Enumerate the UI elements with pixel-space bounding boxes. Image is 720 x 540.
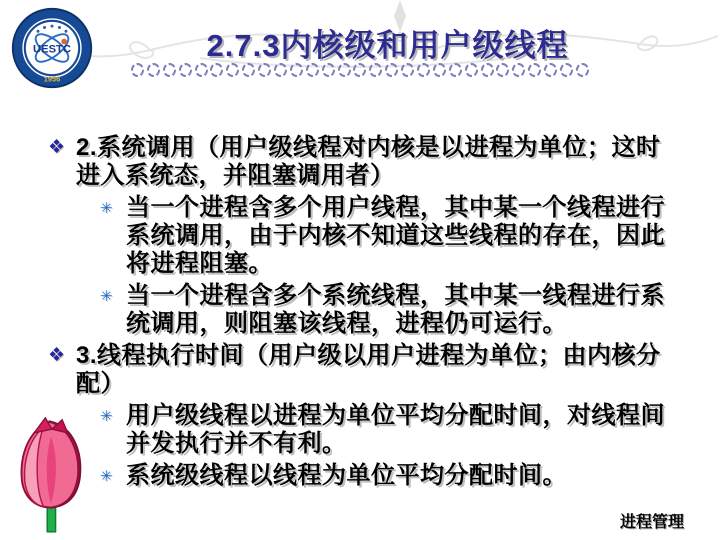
bullet-text: 2.系统调用（用户级线程对内核是以进程为单位；这时 进入系统态，并阻塞调用者） [76, 134, 661, 190]
slide-title: 2.7.3内核级和用户级线程 [110, 20, 665, 65]
bullet-item-4: ❖ 3.线程执行时间（用户级以用户进程为单位；由内核分 配） [48, 342, 702, 398]
ring-icon [195, 63, 208, 77]
ring-icon [322, 63, 335, 77]
bullet-item-5: ✳ 用户级线程以进程为单位平均分配时间，对线程间 并发执行并不有利。 [100, 402, 702, 458]
asterisk-bullet-icon: ✳ [100, 462, 126, 491]
ring-icon [353, 63, 366, 77]
ring-icon [433, 63, 446, 77]
ring-icon [274, 63, 287, 77]
ring-icon [576, 63, 589, 77]
uestc-logo: UESTC 1956 [10, 6, 94, 90]
ring-icon [147, 63, 160, 77]
ring-icon [449, 63, 462, 77]
ring-icon [290, 63, 303, 77]
bullet-text: 系统级线程以线程为单位平均分配时间。 [126, 462, 567, 491]
ring-icon [465, 63, 478, 77]
bullet-item-2: ✳ 当一个进程含多个用户线程，其中某一个线程进行 系统调用，由于内核不知道这些线… [100, 194, 702, 278]
asterisk-bullet-icon: ✳ [100, 282, 126, 338]
tulip-flower-graphic [8, 408, 92, 538]
ring-icon [512, 63, 525, 77]
decorative-ring-row [131, 62, 589, 78]
ring-icon [385, 63, 398, 77]
ring-icon [179, 63, 192, 77]
bullet-text: 3.线程执行时间（用户级以用户进程为单位；由内核分 配） [76, 342, 661, 398]
bullet-item-1: ❖ 2.系统调用（用户级线程对内核是以进程为单位；这时 进入系统态，并阻塞调用者… [48, 134, 702, 190]
logo-year: 1956 [44, 75, 61, 84]
diamond-bullet-icon: ❖ [48, 342, 76, 398]
ring-icon [338, 63, 351, 77]
ring-icon [258, 63, 271, 77]
bullet-item-3: ✳ 当一个进程含多个系统线程，其中某一线程进行系 统调用，则阻塞该线程，进程仍可… [100, 282, 702, 338]
ring-icon [417, 63, 430, 77]
ring-icon [481, 63, 494, 77]
ring-icon [242, 63, 255, 77]
asterisk-bullet-icon: ✳ [100, 194, 126, 278]
ring-icon [528, 63, 541, 77]
asterisk-bullet-icon: ✳ [100, 402, 126, 458]
logo-acronym: UESTC [33, 44, 71, 56]
ring-icon [226, 63, 239, 77]
footer-label: 进程管理 [620, 509, 684, 532]
ring-icon [131, 63, 144, 77]
bullet-text: 当一个进程含多个用户线程，其中某一个线程进行 系统调用，由于内核不知道这些线程的… [126, 194, 665, 278]
ring-icon [401, 63, 414, 77]
bullet-text: 当一个进程含多个系统线程，其中某一线程进行系 统调用，则阻塞该线程，进程仍可运行… [126, 282, 665, 338]
ring-icon [306, 63, 319, 77]
diamond-bullet-icon: ❖ [48, 134, 76, 190]
ring-icon [369, 63, 382, 77]
ring-icon [496, 63, 509, 77]
ring-icon [163, 63, 176, 77]
slide-body: ❖ 2.系统调用（用户级线程对内核是以进程为单位；这时 进入系统态，并阻塞调用者… [48, 134, 702, 495]
ring-icon [560, 63, 573, 77]
ring-icon [544, 63, 557, 77]
ring-icon [210, 63, 223, 77]
bullet-item-6: ✳ 系统级线程以线程为单位平均分配时间。 [100, 462, 702, 491]
bullet-text: 用户级线程以进程为单位平均分配时间，对线程间 并发执行并不有利。 [126, 402, 665, 458]
